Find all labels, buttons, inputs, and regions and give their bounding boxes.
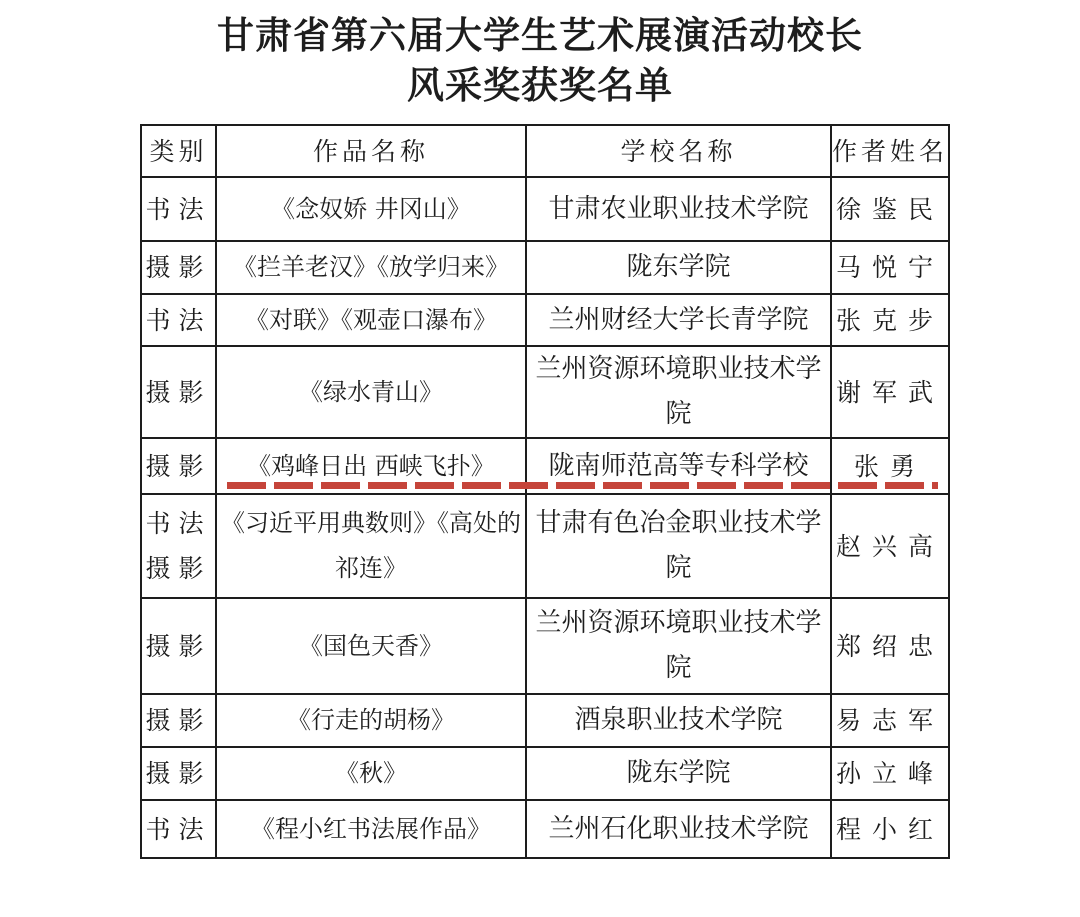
page-title: 甘肃省第六届大学生艺术展演活动校长 风采奖获奖名单	[0, 0, 1080, 110]
table-row: 摄影 《秋》 陇东学院 孙立峰	[141, 747, 949, 800]
cell-category: 摄影	[141, 747, 216, 800]
cell-school-name: 甘肃有色冶金职业技术学院	[526, 494, 831, 598]
cell-school-name: 兰州资源环境职业技术学院	[526, 598, 831, 694]
cell-school-name: 兰州资源环境职业技术学院	[526, 346, 831, 438]
table-header-row: 类别 作品名称 学校名称 作者姓名	[141, 125, 949, 177]
cell-work-title: 《行走的胡杨》	[216, 694, 526, 747]
cell-work-title: 《习近平用典数则》《高处的祁连》	[216, 494, 526, 598]
cell-author-name: 易志军	[831, 694, 949, 747]
cell-category: 摄影	[141, 241, 216, 294]
cell-author-name: 谢军武	[831, 346, 949, 438]
cell-category: 摄影	[141, 598, 216, 694]
cell-work-title: 《国色天香》	[216, 598, 526, 694]
table-row: 摄影 《国色天香》 兰州资源环境职业技术学院 郑绍忠	[141, 598, 949, 694]
table-row: 摄影 《绿水青山》 兰州资源环境职业技术学院 谢军武	[141, 346, 949, 438]
table-row: 摄影 《鸡峰日出 西峡飞扑》 陇南师范高等专科学校 张勇	[141, 438, 949, 494]
cell-category: 摄影	[141, 694, 216, 747]
cell-category: 摄影	[141, 438, 216, 494]
table-row: 书法摄影 《习近平用典数则》《高处的祁连》 甘肃有色冶金职业技术学院 赵兴高	[141, 494, 949, 598]
cell-category: 书法	[141, 294, 216, 346]
table-row: 摄影 《拦羊老汉》《放学归来》 陇东学院 马悦宁	[141, 241, 949, 294]
table-row: 书法 《念奴娇 井冈山》 甘肃农业职业技术学院 徐鉴民	[141, 177, 949, 241]
cell-author-name: 张勇	[831, 438, 949, 494]
cell-author-name: 赵兴高	[831, 494, 949, 598]
cell-school-name: 甘肃农业职业技术学院	[526, 177, 831, 241]
cell-author-name: 孙立峰	[831, 747, 949, 800]
header-school-name: 学校名称	[526, 125, 831, 177]
cell-author-name: 张克步	[831, 294, 949, 346]
table-row: 书法 《对联》《观壶口瀑布》 兰州财经大学长青学院 张克步	[141, 294, 949, 346]
awards-table-container: 类别 作品名称 学校名称 作者姓名 书法 《念奴娇 井冈山》 甘肃农业职业技术学…	[140, 124, 948, 859]
cell-school-name: 陇东学院	[526, 747, 831, 800]
cell-school-name: 兰州石化职业技术学院	[526, 800, 831, 858]
cell-work-title: 《鸡峰日出 西峡飞扑》	[216, 438, 526, 494]
page-title-line1: 甘肃省第六届大学生艺术展演活动校长	[0, 10, 1080, 60]
cell-category: 书法	[141, 800, 216, 858]
cell-author-name: 马悦宁	[831, 241, 949, 294]
cell-work-title: 《程小红书法展作品》	[216, 800, 526, 858]
cell-school-name: 陇南师范高等专科学校	[526, 438, 831, 494]
cell-author-name: 徐鉴民	[831, 177, 949, 241]
cell-work-title: 《秋》	[216, 747, 526, 800]
cell-author-name: 郑绍忠	[831, 598, 949, 694]
awards-table: 类别 作品名称 学校名称 作者姓名 书法 《念奴娇 井冈山》 甘肃农业职业技术学…	[140, 124, 950, 859]
cell-school-name: 兰州财经大学长青学院	[526, 294, 831, 346]
cell-school-name: 酒泉职业技术学院	[526, 694, 831, 747]
cell-work-title: 《绿水青山》	[216, 346, 526, 438]
header-work-title: 作品名称	[216, 125, 526, 177]
header-category: 类别	[141, 125, 216, 177]
cell-category: 摄影	[141, 346, 216, 438]
cell-work-title: 《拦羊老汉》《放学归来》	[216, 241, 526, 294]
cell-author-name: 程小红	[831, 800, 949, 858]
table-row: 书法 《程小红书法展作品》 兰州石化职业技术学院 程小红	[141, 800, 949, 858]
cell-category: 书法摄影	[141, 494, 216, 598]
cell-school-name: 陇东学院	[526, 241, 831, 294]
header-author-name: 作者姓名	[831, 125, 949, 177]
cell-category: 书法	[141, 177, 216, 241]
cell-work-title: 《对联》《观壶口瀑布》	[216, 294, 526, 346]
table-row: 摄影 《行走的胡杨》 酒泉职业技术学院 易志军	[141, 694, 949, 747]
page-title-line2: 风采奖获奖名单	[0, 60, 1080, 110]
cell-work-title: 《念奴娇 井冈山》	[216, 177, 526, 241]
